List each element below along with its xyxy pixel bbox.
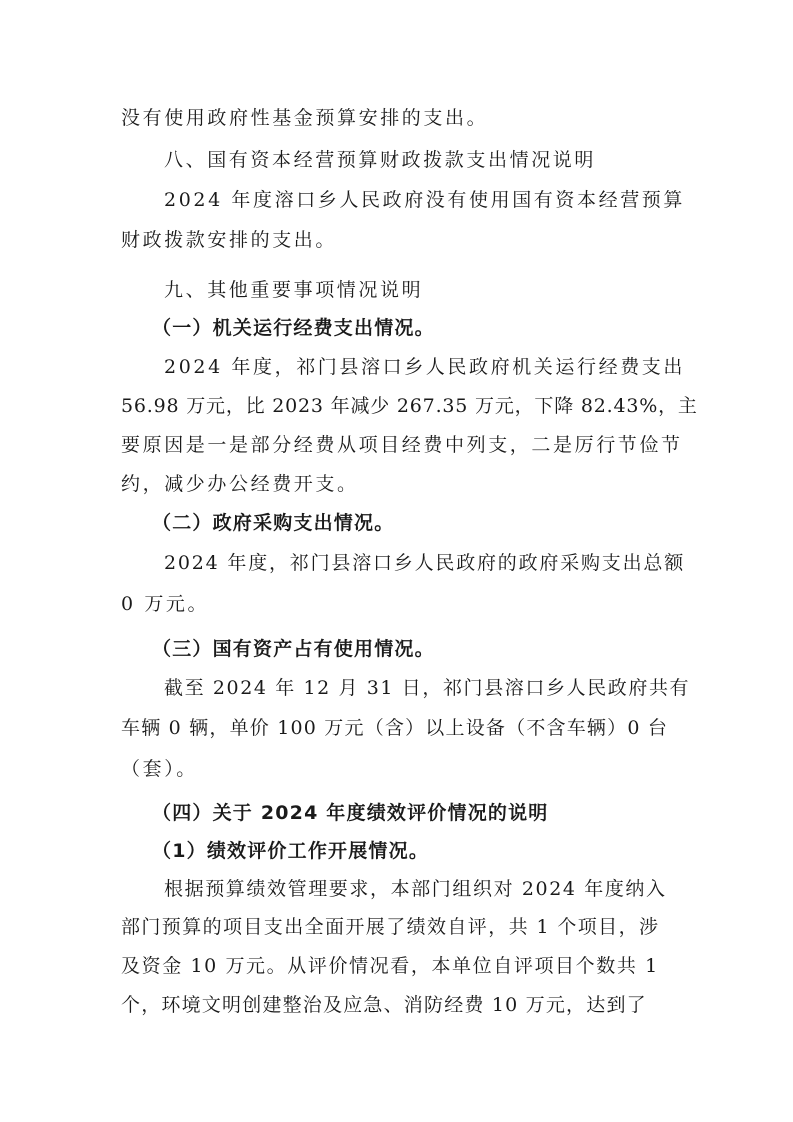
paragraph-line: 0 万元。 bbox=[121, 592, 673, 616]
paragraph-line: 部门预算的项目支出全面开展了绩效自评，共 1 个项目，涉 bbox=[121, 915, 673, 939]
subheading-4-1: （1）绩效评价工作开展情况。 bbox=[152, 839, 661, 863]
paragraph-line: （套）。 bbox=[121, 757, 673, 781]
section-heading-8: 八、国有资本经营预算财政拨款支出情况说明 bbox=[164, 148, 673, 172]
subheading-3: （三）国有资产占有使用情况。 bbox=[152, 637, 661, 661]
paragraph-line: 财政拨款安排的支出。 bbox=[121, 228, 673, 252]
section-heading-9: 九、其他重要事项情况说明 bbox=[164, 278, 673, 302]
subheading-1: （一）机关运行经费支出情况。 bbox=[152, 316, 661, 340]
paragraph-line: 2024 年度溶口乡人民政府没有使用国有资本经营预算 bbox=[164, 188, 673, 212]
paragraph-line: 根据预算绩效管理要求，本部门组织对 2024 年度纳入 bbox=[164, 877, 673, 901]
subheading-2: （二）政府采购支出情况。 bbox=[152, 511, 661, 535]
paragraph-line: 2024 年度，祁门县溶口乡人民政府的政府采购支出总额 bbox=[164, 551, 673, 575]
paragraph-line: 个，环境文明创建整治及应急、消防经费 10 万元，达到了 bbox=[121, 993, 673, 1017]
paragraph-line: 没有使用政府性基金预算安排的支出。 bbox=[121, 106, 673, 130]
document-page: 没有使用政府性基金预算安排的支出。 八、国有资本经营预算财政拨款支出情况说明 2… bbox=[0, 0, 793, 1122]
paragraph-line: 车辆 0 辆，单价 100 万元（含）以上设备（不含车辆）0 台 bbox=[121, 716, 673, 740]
paragraph-line: 要原因是一是部分经费从项目经费中列支，二是厉行节俭节 bbox=[121, 433, 673, 457]
paragraph-line: 2024 年度，祁门县溶口乡人民政府机关运行经费支出 bbox=[164, 355, 673, 379]
paragraph-line: 56.98 万元，比 2023 年减少 267.35 万元，下降 82.43%，… bbox=[121, 394, 673, 418]
subheading-4: （四）关于 2024 年度绩效评价情况的说明 bbox=[152, 801, 661, 825]
paragraph-line: 及资金 10 万元。从评价情况看，本单位自评项目个数共 1 bbox=[121, 954, 673, 978]
paragraph-line: 约，减少办公经费开支。 bbox=[121, 472, 673, 496]
paragraph-line: 截至 2024 年 12 月 31 日，祁门县溶口乡人民政府共有 bbox=[164, 676, 673, 700]
